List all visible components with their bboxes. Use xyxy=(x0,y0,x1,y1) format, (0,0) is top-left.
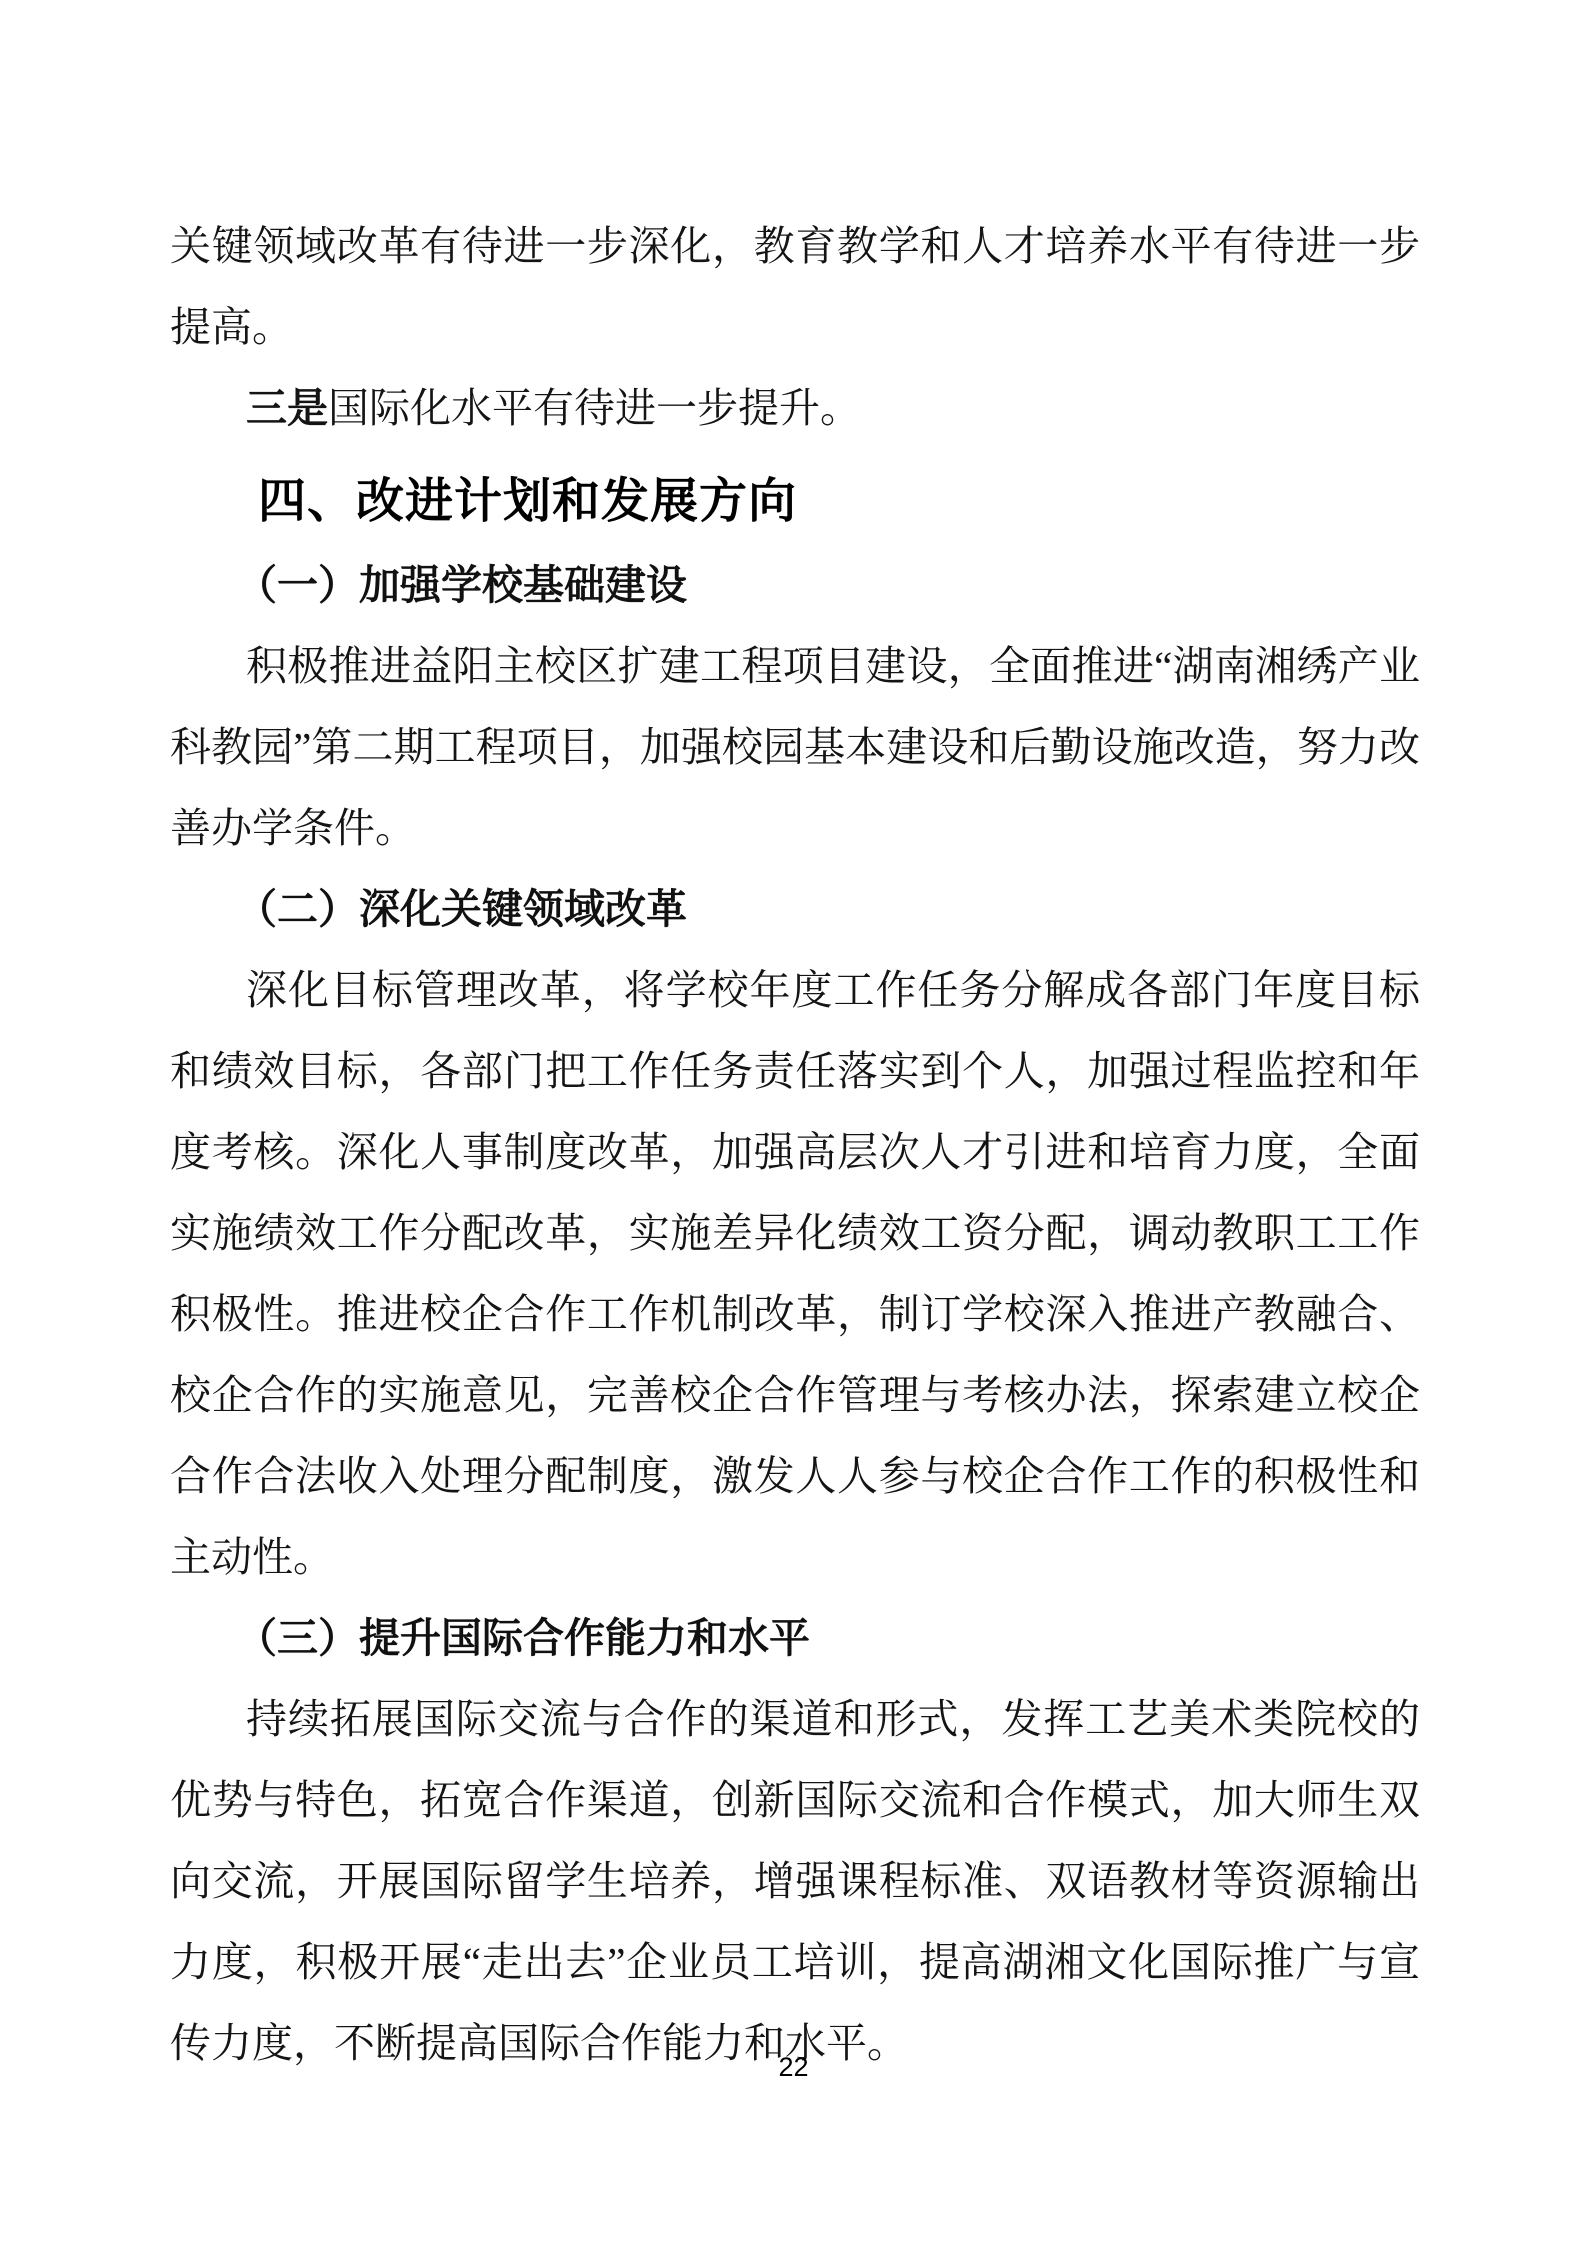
subsection-heading-3: （三）提升国际合作能力和水平 xyxy=(170,1598,1420,1679)
subsection-paragraph-1: 积极推进益阳主校区扩建工程项目建设，全面推进“湖南湘绣产业科教园”第二期工程项目… xyxy=(170,626,1420,869)
subsection-paragraph-2: 深化目标管理改革，将学校年度工作任务分解成各部门年度目标和绩效目标，各部门把工作… xyxy=(170,950,1420,1598)
item-three-lead: 三是 xyxy=(246,385,328,431)
subsection-paragraph-3: 持续拓展国际交流与合作的渠道和形式，发挥工艺美术类院校的优势与特色，拓宽合作渠道… xyxy=(170,1679,1420,2084)
subsection-heading-2: （二）深化关键领域改革 xyxy=(170,869,1420,950)
paragraph-item-three: 三是国际化水平有待进一步提升。 xyxy=(170,368,1420,449)
document-page: 关键领域改革有待进一步深化，教育教学和人才培养水平有待进一步提高。 三是国际化水… xyxy=(0,0,1587,2245)
page-number: 22 xyxy=(0,2052,1587,2082)
item-three-text: 国际化水平有待进一步提升。 xyxy=(328,385,861,431)
paragraph-continuation: 关键领域改革有待进一步深化，教育教学和人才培养水平有待进一步提高。 xyxy=(170,206,1420,368)
section-heading-improvement-plan: 四、改进计划和发展方向 xyxy=(258,459,1420,545)
document-content: 关键领域改革有待进一步深化，教育教学和人才培养水平有待进一步提高。 三是国际化水… xyxy=(170,206,1420,2084)
subsection-heading-1: （一）加强学校基础建设 xyxy=(170,545,1420,626)
